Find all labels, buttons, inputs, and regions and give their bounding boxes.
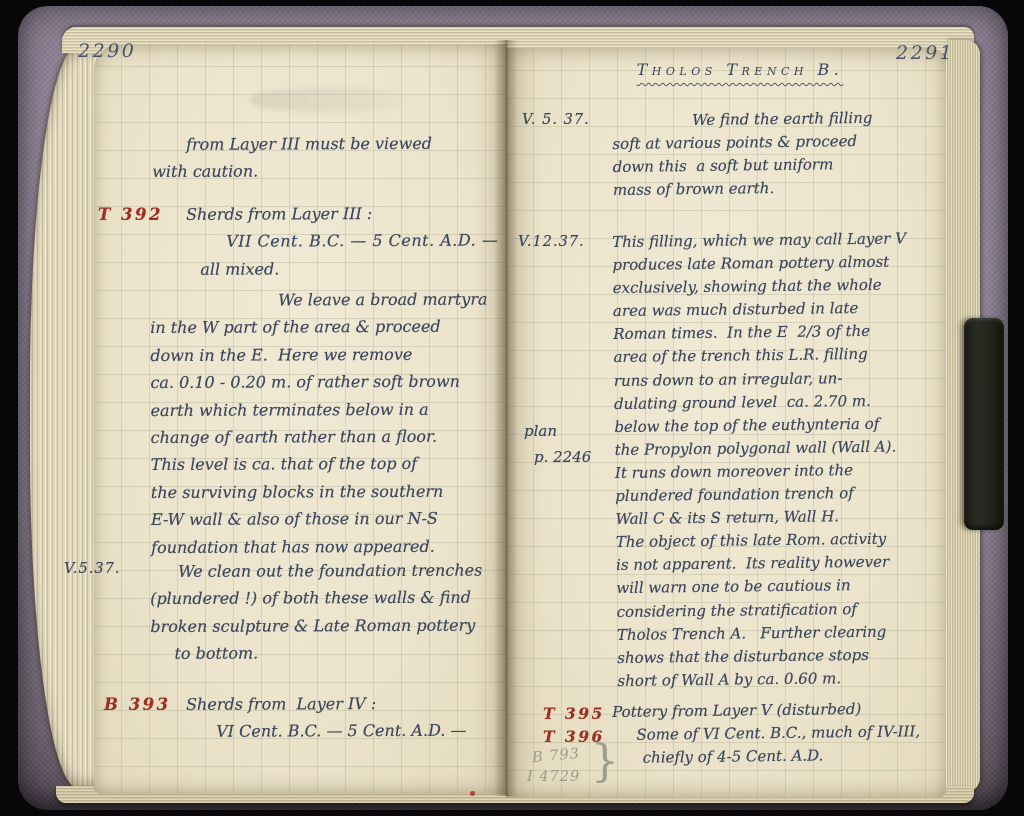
- entry-v537-right-text: We find the earth fillingsoft at various…: [612, 106, 958, 203]
- text-line: We clean out the foundation trenches: [150, 556, 514, 585]
- entry-t392-text: Sherds from Layer III :VII Cent. B.C. — …: [152, 199, 512, 283]
- text-line: short of Wall A by ca. 0.60 m.: [617, 665, 967, 692]
- erased-pencil-ghost: [250, 88, 420, 112]
- text-line: VII Cent. B.C. — 5 Cent. A.D. —: [152, 227, 512, 256]
- text-line: in the W part of the area & proceed: [150, 313, 514, 342]
- text-line: the surviving blocks in the southern: [151, 477, 515, 506]
- text-line: E-W wall & also of those in our N-S: [151, 505, 515, 534]
- margin-note-line: plan: [524, 418, 591, 444]
- margin-note-line: p. 2246: [524, 444, 591, 470]
- text-line: down in the E. Here we remove: [150, 340, 514, 369]
- text-line: earth which terminates below in a: [150, 395, 514, 424]
- text-line: to bottom.: [150, 639, 514, 668]
- right-page-number: 2291: [896, 42, 954, 64]
- pencil-label-i4729: I 4729: [527, 769, 580, 785]
- catalog-label-t395: T 395: [543, 704, 605, 723]
- entry-b393-text: Sherds from Layer IV :VI Cent. B.C. — 5 …: [152, 689, 512, 745]
- text-line: VI Cent. B.C. — 5 Cent. A.D. —: [152, 717, 512, 746]
- entry-v537-left-text: We clean out the foundation trenches(plu…: [150, 556, 514, 667]
- text-line: chiefly of 4-5 Cent. A.D.: [613, 743, 961, 770]
- date-label-v537-left: V.5.37.: [64, 561, 120, 577]
- text-line: with caution.: [152, 157, 512, 186]
- notebook-photo: 2290 from Layer III must be viewedwith c…: [0, 0, 1024, 816]
- text-line: Some of VI Cent. B.C., much of IV-III,: [612, 720, 960, 747]
- red-ink-speck: [470, 791, 475, 796]
- margin-note-plan-ref: plan p. 2246: [524, 418, 591, 470]
- left-main-paragraph: We leave a broad martyrain the W part of…: [150, 285, 515, 561]
- page-header-tholos-trench-b: Tholos Trench B.: [600, 60, 880, 79]
- text-line: all mixed.: [152, 254, 512, 283]
- text-line: from Layer III must be viewed: [152, 129, 512, 158]
- text-line: mass of brown earth.: [613, 175, 958, 202]
- text-line: Sherds from Layer IV :: [152, 689, 512, 718]
- text-line: Sherds from Layer III :: [152, 199, 512, 228]
- text-line: This level is ca. that of the top of: [151, 450, 515, 479]
- text-line: We leave a broad martyra: [150, 285, 514, 314]
- left-page-number: 2290: [78, 40, 136, 62]
- date-label-v537-right: V. 5. 37.: [522, 112, 590, 128]
- entry-v1237-text: This filling, which we may call Layer Vp…: [612, 227, 968, 693]
- left-intro-paragraph: from Layer III must be viewedwith cautio…: [152, 129, 512, 185]
- text-line: change of earth rather than a floor.: [151, 422, 515, 451]
- text-line: ca. 0.10 - 0.20 m. of rather soft brown: [150, 368, 514, 397]
- date-label-v1237: V.12.37.: [518, 234, 585, 250]
- text-line: (plundered !) of both these walls & find: [150, 584, 514, 613]
- text-line: broken sculpture & Late Roman pottery: [150, 611, 514, 640]
- cover-strap: [964, 318, 1004, 530]
- entry-t395-text: Pottery from Layer V (disturbed)Some of …: [612, 697, 961, 771]
